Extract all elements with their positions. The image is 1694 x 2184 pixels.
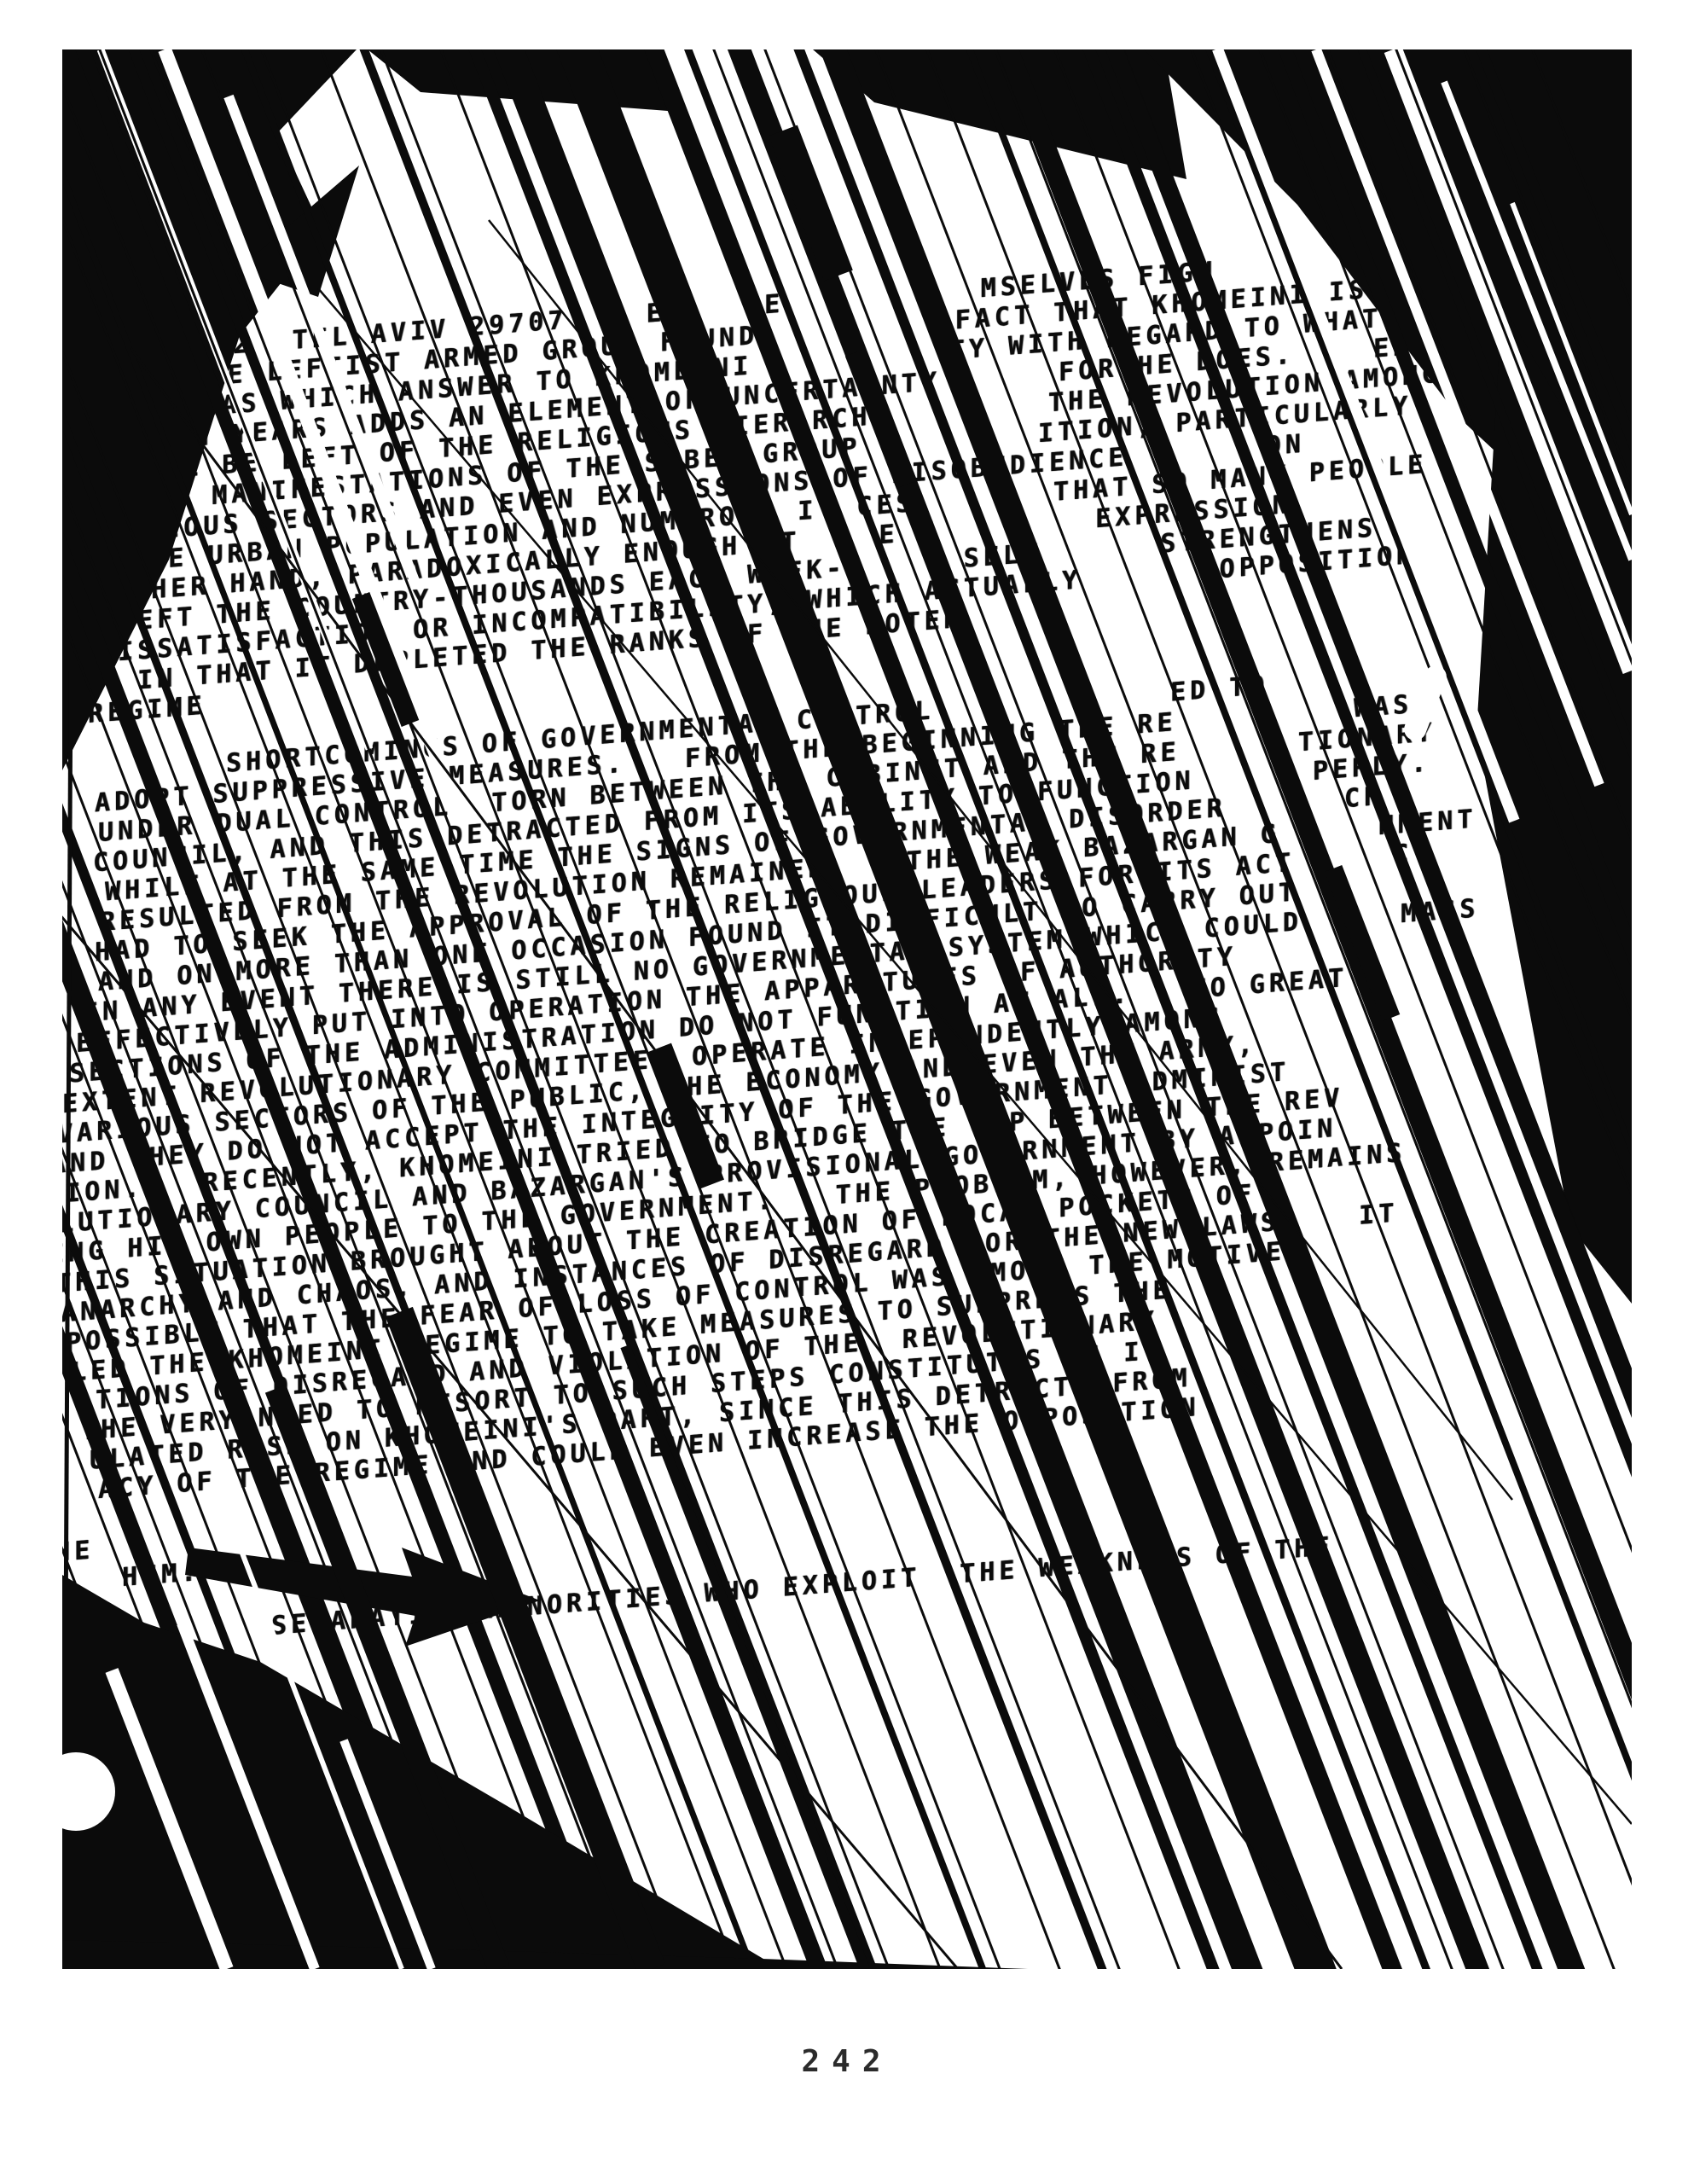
scan-region: PAGE 2 TEL AVIV 29707 S E E MSELVES FIGH… <box>62 49 1632 1969</box>
scanned-document-page: PAGE 2 TEL AVIV 29707 S E E MSELVES FIGH… <box>0 0 1694 2184</box>
page-number: 242 <box>0 2044 1694 2079</box>
photocopy-streak-artifacts <box>62 49 1632 1969</box>
toner-mass-shapes <box>62 49 1632 1304</box>
